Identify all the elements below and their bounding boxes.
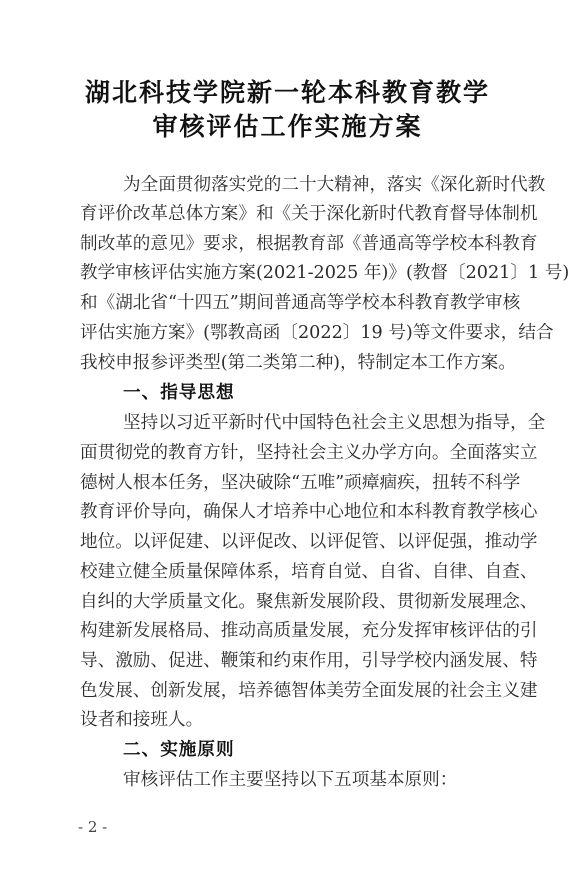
intro-line: 育评价改革总体方案》和《关于深化新时代教育督导体制机	[80, 199, 490, 229]
section1-line: 面贯彻党的教育方针，坚持社会主义办学方向。全面落实立	[80, 438, 490, 468]
section1-line: 校建立健全质量保障体系，培育自觉、自省、自律、自查、	[80, 557, 490, 587]
intro-line: 我校申报参评类型(第二类第二种)，特制定本工作方案。	[80, 348, 490, 378]
intro-line: 教学审核评估实施方案(2021-2025 年)》(教督〔2021〕1 号)	[80, 258, 490, 288]
section-heading-implementation-principles: 二、实施原则	[123, 735, 235, 765]
section1-line: 色发展、创新发展，培养德智体美劳全面发展的社会主义建	[80, 676, 490, 706]
intro-line: 评估实施方案》(鄂教高函〔2022〕19 号)等文件要求，结合	[80, 318, 490, 348]
section1-line: 自纠的大学质量文化。聚焦新发展阶段、贯彻新发展理念、	[80, 587, 490, 617]
intro-line: 为全面贯彻落实党的二十大精神，落实《深化新时代教	[123, 170, 490, 200]
section-heading-guiding-ideology: 一、指导思想	[123, 378, 235, 408]
document-title-line-1: 湖北科技学院新一轮本科教育教学	[0, 76, 575, 110]
section1-line: 构建新发展格局、推动高质量发展，充分发挥审核评估的引	[80, 616, 490, 646]
section2-line: 审核评估工作主要坚持以下五项基本原则：	[123, 765, 490, 795]
intro-line: 和《湖北省“十四五”期间普通高等学校本科教育教学审核	[80, 288, 490, 318]
section1-line: 地位。以评促建、以评促改、以评促管、以评促强，推动学	[80, 527, 490, 557]
page-number: - 2 -	[78, 818, 107, 836]
section1-line: 德树人根本任务，坚决破除“五唯”顽瘴痼疾，扭转不科学	[80, 468, 490, 498]
document-title-line-2: 审核评估工作实施方案	[0, 110, 575, 144]
section1-line: 导、激励、促进、鞭策和约束作用，引导学校内涵发展、特	[80, 646, 490, 676]
section1-line: 坚持以习近平新时代中国特色社会主义思想为指导，全	[123, 408, 490, 438]
section1-line: 设者和接班人。	[80, 705, 490, 735]
section1-line: 教育评价导向，确保人才培养中心地位和本科教育教学核心	[80, 497, 490, 527]
document-page: 湖北科技学院新一轮本科教育教学 审核评估工作实施方案 为全面贯彻落实党的二十大精…	[0, 0, 575, 892]
intro-line: 制改革的意见》要求，根据教育部《普通高等学校本科教育	[80, 229, 490, 259]
